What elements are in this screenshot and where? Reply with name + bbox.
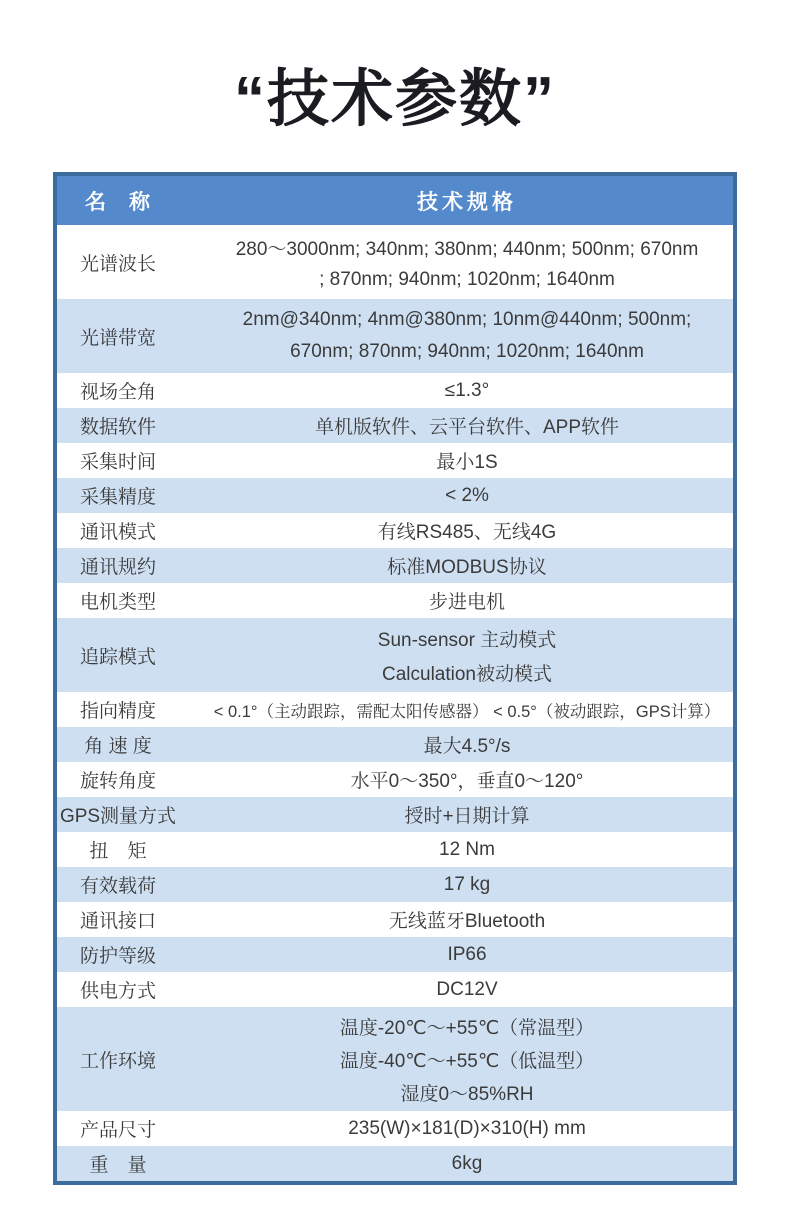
row-value-line: 授时+日期计算 (404, 801, 529, 828)
table-row: 电机类型 步进电机 (57, 583, 733, 618)
row-value-line: 无线蓝牙Bluetooth (389, 906, 545, 933)
row-value-line: Sun-sensor 主动模式 (378, 625, 556, 652)
row-value: 235(W)×181(D)×310(H) mm (179, 1111, 733, 1146)
row-value-line: 最大4.5°/s (424, 731, 511, 758)
row-value-line: 670nm; 870nm; 940nm; 1020nm; 1640nm (290, 341, 644, 363)
row-label: 指向精度 (57, 692, 179, 727)
table-row: 重 量 6kg (57, 1146, 733, 1181)
header-name-cell: 名 称 (57, 176, 179, 225)
row-value-line: ; 870nm; 940nm; 1020nm; 1640nm (319, 269, 615, 291)
row-value: 步进电机 (179, 583, 733, 618)
row-value-line: 280～3000nm; 340nm; 380nm; 440nm; 500nm; … (236, 234, 699, 261)
table-row: 通讯模式 有线RS485、无线4G (57, 513, 733, 548)
table-row: 采集时间 最小1S (57, 443, 733, 478)
table-row: 光谱波长 280～3000nm; 340nm; 380nm; 440nm; 50… (57, 225, 733, 299)
table-row: GPS测量方式 授时+日期计算 (57, 797, 733, 832)
table-row: 供电方式 DC12V (57, 972, 733, 1007)
page-title: “技术参数” (0, 64, 790, 135)
row-value: 无线蓝牙Bluetooth (179, 902, 733, 937)
row-value-line: 12 Nm (439, 839, 495, 861)
row-label: 追踪模式 (57, 618, 179, 692)
row-value-line: 湿度0～85%RH (400, 1079, 533, 1106)
row-label: 旋转角度 (57, 762, 179, 797)
row-value-line: 步进电机 (429, 587, 505, 614)
row-value-line: ≤1.3° (445, 380, 489, 402)
spec-table: 名 称 技术规格 光谱波长 280～3000nm; 340nm; 380nm; … (53, 172, 737, 1185)
table-row: 扭 矩 12 Nm (57, 832, 733, 867)
row-value: IP66 (179, 937, 733, 972)
row-value-line: < 0.1°（主动跟踪，需配太阳传感器） < 0.5°（被动跟踪，GPS计算） (214, 698, 720, 722)
row-value-line: DC12V (436, 979, 497, 1001)
row-value: 标准MODBUS协议 (179, 548, 733, 583)
row-label: 光谱波长 (57, 225, 179, 299)
row-value-line: 温度-40℃～+55℃（低温型） (340, 1046, 594, 1073)
row-value-line: 单机版软件、云平台软件、APP软件 (315, 412, 619, 439)
row-label: 产品尺寸 (57, 1111, 179, 1146)
header-spec-cell: 技术规格 (179, 176, 733, 225)
row-value: 单机版软件、云平台软件、APP软件 (179, 408, 733, 443)
table-row: 通讯规约 标准MODBUS协议 (57, 548, 733, 583)
row-label: 扭 矩 (57, 832, 179, 867)
row-value: Sun-sensor 主动模式 Calculation被动模式 (179, 618, 733, 692)
page: “技术参数” 名 称 技术规格 光谱波长 280～3000nm; 340nm; … (0, 0, 790, 1220)
row-value-line: 标准MODBUS协议 (387, 552, 546, 579)
table-row: 光谱带宽 2nm@340nm; 4nm@380nm; 10nm@440nm; 5… (57, 299, 733, 373)
row-label: 重 量 (57, 1146, 179, 1181)
row-value: 17 kg (179, 867, 733, 902)
row-value: 水平0～350°，垂直0～120° (179, 762, 733, 797)
row-value: 有线RS485、无线4G (179, 513, 733, 548)
table-row: 数据软件 单机版软件、云平台软件、APP软件 (57, 408, 733, 443)
table-row: 视场全角 ≤1.3° (57, 373, 733, 408)
row-label: 通讯接口 (57, 902, 179, 937)
table-row: 产品尺寸 235(W)×181(D)×310(H) mm (57, 1111, 733, 1146)
table-row: 角 速 度 最大4.5°/s (57, 727, 733, 762)
table-row: 工作环境 温度-20℃～+55℃（常温型） 温度-40℃～+55℃（低温型） 湿… (57, 1007, 733, 1111)
table-row: 有效载荷 17 kg (57, 867, 733, 902)
table-row: 旋转角度 水平0～350°，垂直0～120° (57, 762, 733, 797)
table-row: 通讯接口 无线蓝牙Bluetooth (57, 902, 733, 937)
row-value: 最大4.5°/s (179, 727, 733, 762)
row-label: 通讯模式 (57, 513, 179, 548)
row-label: 通讯规约 (57, 548, 179, 583)
table-header-row: 名 称 技术规格 (57, 176, 733, 225)
row-value: 12 Nm (179, 832, 733, 867)
row-value: < 2% (179, 478, 733, 513)
row-value-line: 17 kg (444, 874, 490, 896)
row-label: 防护等级 (57, 937, 179, 972)
row-label: 数据软件 (57, 408, 179, 443)
row-value-line: Calculation被动模式 (382, 659, 552, 686)
row-value: DC12V (179, 972, 733, 1007)
row-value: 280～3000nm; 340nm; 380nm; 440nm; 500nm; … (179, 225, 733, 299)
row-value-line: 最小1S (436, 447, 497, 474)
row-label: 角 速 度 (57, 727, 179, 762)
table-row: 指向精度 < 0.1°（主动跟踪，需配太阳传感器） < 0.5°（被动跟踪，GP… (57, 692, 733, 727)
row-value-line: 6kg (452, 1153, 483, 1175)
row-value: < 0.1°（主动跟踪，需配太阳传感器） < 0.5°（被动跟踪，GPS计算） (179, 692, 733, 727)
row-value-line: < 2% (445, 485, 489, 507)
row-label: 供电方式 (57, 972, 179, 1007)
table-row: 追踪模式 Sun-sensor 主动模式 Calculation被动模式 (57, 618, 733, 692)
row-value-line: 温度-20℃～+55℃（常温型） (340, 1013, 594, 1040)
row-label: 光谱带宽 (57, 299, 179, 373)
row-label: 采集时间 (57, 443, 179, 478)
row-label: 电机类型 (57, 583, 179, 618)
row-value: 2nm@340nm; 4nm@380nm; 10nm@440nm; 500nm;… (179, 299, 733, 373)
table-row: 采集精度 < 2% (57, 478, 733, 513)
row-label: 视场全角 (57, 373, 179, 408)
row-value-line: IP66 (447, 944, 486, 966)
row-value: 最小1S (179, 443, 733, 478)
row-value: 温度-20℃～+55℃（常温型） 温度-40℃～+55℃（低温型） 湿度0～85… (179, 1007, 733, 1111)
table-row: 防护等级 IP66 (57, 937, 733, 972)
row-value: ≤1.3° (179, 373, 733, 408)
row-label: 采集精度 (57, 478, 179, 513)
table-body: 光谱波长 280～3000nm; 340nm; 380nm; 440nm; 50… (57, 225, 733, 1181)
row-value: 6kg (179, 1146, 733, 1181)
row-value: 授时+日期计算 (179, 797, 733, 832)
row-value-line: 有线RS485、无线4G (378, 517, 556, 544)
row-label: GPS测量方式 (57, 797, 179, 832)
row-label: 有效载荷 (57, 867, 179, 902)
row-value-line: 235(W)×181(D)×310(H) mm (348, 1118, 586, 1140)
row-label: 工作环境 (57, 1007, 179, 1111)
row-value-line: 2nm@340nm; 4nm@380nm; 10nm@440nm; 500nm; (243, 309, 692, 331)
row-value-line: 水平0～350°，垂直0～120° (351, 766, 584, 793)
